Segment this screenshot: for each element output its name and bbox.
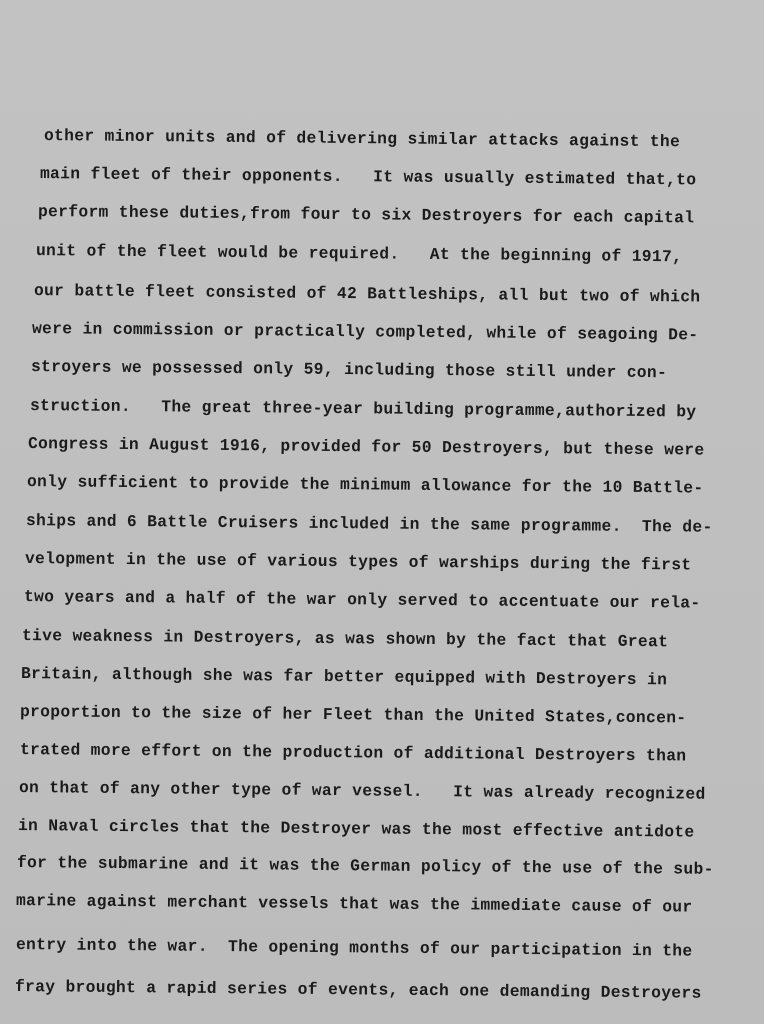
text-line: tive weakness in Destroyers, as was show… bbox=[22, 626, 668, 651]
text-line: in Naval circles that the Destroyer was … bbox=[18, 816, 695, 842]
text-line: fray brought a rapid series of events, e… bbox=[15, 977, 702, 1003]
text-line: two years and a half of the war only ser… bbox=[24, 587, 701, 613]
text-line: struction. The great three-year building… bbox=[30, 396, 697, 421]
text-line: velopment in the use of various types of… bbox=[25, 549, 692, 574]
typewritten-page: other minor units and of delivering simi… bbox=[0, 0, 764, 1024]
text-line: were in commission or practically comple… bbox=[32, 319, 699, 344]
text-line: entry into the war. The opening months o… bbox=[16, 935, 693, 961]
text-line: for the submarine and it was the German … bbox=[17, 853, 714, 879]
text-line: on that of any other type of war vessel.… bbox=[19, 778, 706, 804]
text-line: Britain, although she was far better equ… bbox=[21, 664, 667, 689]
text-line: proportion to the size of her Fleet than… bbox=[20, 702, 687, 727]
text-line: ships and 6 Battle Cruisers included in … bbox=[26, 511, 713, 537]
text-line: only sufficient to provide the minimum a… bbox=[27, 472, 704, 498]
text-line: our battle fleet consisted of 42 Battles… bbox=[34, 281, 701, 306]
text-line: Congress in August 1916, provided for 50… bbox=[28, 434, 705, 460]
text-line: unit of the fleet would be required. At … bbox=[36, 241, 682, 266]
text-line: perform these duties,from four to six De… bbox=[38, 202, 695, 227]
text-line: marine against merchant vessels that was… bbox=[16, 891, 693, 917]
text-line: other minor units and of delivering simi… bbox=[44, 126, 680, 151]
text-line: trated more effort on the production of … bbox=[20, 740, 687, 765]
text-line: main fleet of their opponents. It was us… bbox=[40, 164, 697, 189]
text-line: stroyers we possessed only 59, including… bbox=[31, 357, 667, 382]
